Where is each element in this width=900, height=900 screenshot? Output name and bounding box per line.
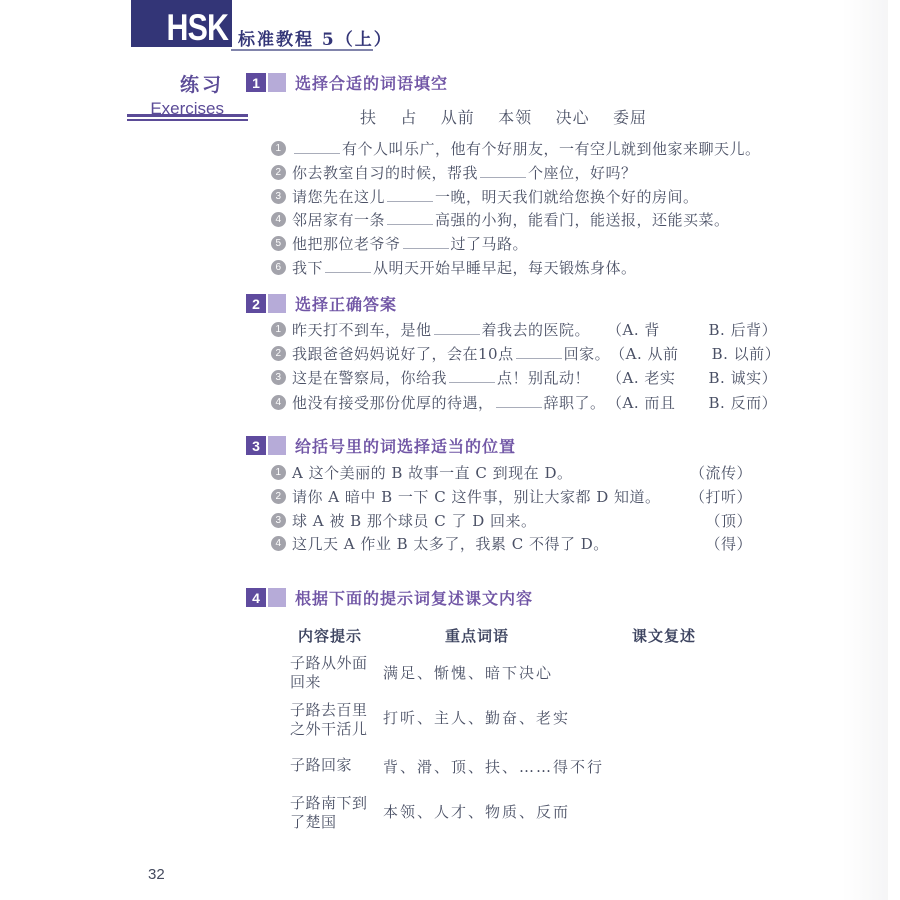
section-4-title: 根据下面的提示词复述课文内容: [295, 586, 533, 609]
section-1-title: 选择合适的词语填空: [295, 71, 448, 94]
section-2-title: 选择正确答案: [295, 292, 397, 315]
option-a: A. 而且: [623, 393, 709, 413]
exercise-item: 3这是在警察局，你给我点！别乱动！（A. 老实B. 诚实）: [271, 368, 752, 392]
exercise-item: 5他把那位老爷爷过了马路。: [271, 234, 760, 258]
exercise-item: 2我跟爸爸妈妈说好了，会在10点回家。（A. 从前B. 以前）: [271, 344, 752, 368]
fill-in-blank: [387, 188, 433, 202]
table-row-hint: 子路南下到了楚国: [290, 794, 390, 832]
section-1-heading: 1 选择合适的词语填空: [246, 73, 448, 92]
section-2-badge-extension: [268, 294, 286, 313]
fill-in-blank: [480, 164, 526, 178]
word-bank-word: 扶: [360, 105, 377, 128]
item-number-circle: 1: [271, 141, 286, 156]
item-answer-word: （流传）: [690, 463, 752, 483]
exercise-item: 6我下从明天开始早睡早起，每天锻炼身体。: [271, 258, 760, 282]
item-text: 我下从明天开始早睡早起，每天锻炼身体。: [292, 258, 637, 278]
section-3-items: 1A 这个美丽的 B 故事一直 C 到现在 D。（流传）2请你 A 暗中 B 一…: [271, 463, 752, 558]
item-text: 请您先在这儿一晚，明天我们就给您换个好的房间。: [292, 187, 699, 207]
option-b: B. 以前: [712, 344, 765, 364]
item-number-circle: 5: [271, 236, 286, 251]
item-text: 你去教室自习的时候，帮我个座位，好吗？: [292, 163, 637, 183]
exercises-double-underline: [127, 114, 248, 121]
fill-in-blank: [325, 259, 371, 273]
item-text: 邻居家有一条高强的小狗，能看门，能送报，还能买菜。: [292, 210, 730, 230]
item-number-circle: 1: [271, 322, 286, 337]
exercise-item: 4他没有接受那份优厚的待遇，辞职了。（A. 而且B. 反而）: [271, 393, 752, 417]
item-text: 这几天 A 作业 B 太多了，我累 C 不得了 D。: [292, 534, 705, 554]
item-number-circle: 6: [271, 260, 286, 275]
item-text: 他没有接受那份优厚的待遇，辞职了。: [292, 393, 607, 413]
exercise-item: 4邻居家有一条高强的小狗，能看门，能送报，还能买菜。: [271, 210, 760, 234]
section-2-heading: 2 选择正确答案: [246, 294, 397, 313]
exercise-item: 2你去教室自习的时候，帮我个座位，好吗？: [271, 163, 760, 187]
exercise-item: 3请您先在这儿一晚，明天我们就给您换个好的房间。: [271, 187, 760, 211]
section-1-number-badge: 1: [246, 73, 266, 92]
table-row-hint: 子路从外面回来: [290, 654, 390, 692]
table-header-hint: 内容提示: [298, 625, 362, 646]
section-3-number-badge: 3: [246, 436, 266, 455]
fill-in-blank: [403, 235, 449, 249]
table-header-retell: 课文复述: [632, 625, 696, 646]
table-row-keywords: 背、滑、顶、扶、……得不行: [383, 756, 604, 777]
option-b: B. 反而: [709, 393, 762, 413]
item-number-circle: 3: [271, 189, 286, 204]
exercise-item: 2请你 A 暗中 B 一下 C 这件事，别让大家都 D 知道。（打听）: [271, 487, 752, 511]
item-options: （A. 背B. 后背）: [607, 320, 777, 340]
table-row-keywords: 本领、人才、物质、反而: [383, 801, 570, 822]
table-header-keywords: 重点词语: [445, 625, 509, 646]
fill-in-blank: [496, 394, 542, 408]
section-4-badge-extension: [268, 588, 286, 607]
fill-in-blank: [449, 369, 495, 383]
fill-in-blank: [516, 345, 562, 359]
table-row-hint: 子路回家: [290, 756, 390, 775]
word-bank: 扶占从前本领决心委屈: [360, 105, 647, 128]
item-options: （A. 从前B. 以前）: [610, 344, 780, 364]
word-bank-word: 占: [400, 105, 417, 128]
item-number-circle: 3: [271, 370, 286, 385]
exercise-item: 1A 这个美丽的 B 故事一直 C 到现在 D。（流传）: [271, 463, 752, 487]
table-row-hint: 子路去百里之外干活儿: [290, 701, 390, 739]
section-1-items: 1有个人叫乐广，他有个好朋友，一有空儿就到他家来聊天儿。2你去教室自习的时候，帮…: [271, 139, 760, 282]
section-4-number-badge: 4: [246, 588, 266, 607]
fill-in-blank: [387, 211, 433, 225]
series-underline: [231, 49, 373, 51]
item-text: 他把那位老爷爷过了马路。: [292, 234, 528, 254]
section-2-items: 1昨天打不到车，是他着我去的医院。（A. 背B. 后背）2我跟爸爸妈妈说好了，会…: [271, 320, 752, 417]
item-text: 这是在警察局，你给我点！别乱动！: [292, 368, 607, 388]
page-number: 32: [148, 866, 165, 883]
exercise-item: 4这几天 A 作业 B 太多了，我累 C 不得了 D。（得）: [271, 534, 752, 558]
item-number-circle: 4: [271, 212, 286, 227]
item-text: A 这个美丽的 B 故事一直 C 到现在 D。: [292, 463, 690, 483]
table-row-keywords: 满足、惭愧、暗下决心: [383, 662, 553, 683]
word-bank-word: 委屈: [613, 105, 647, 128]
item-number-circle: 1: [271, 465, 286, 480]
option-a: A. 从前: [626, 344, 712, 364]
item-number-circle: 2: [271, 346, 286, 361]
item-text: 有个人叫乐广，他有个好朋友，一有空儿就到他家来聊天儿。: [292, 139, 761, 159]
scan-edge-shadow: [842, 0, 888, 900]
item-options: （A. 而且B. 反而）: [607, 393, 777, 413]
table-row-keywords: 打听、主人、勤奋、老实: [383, 707, 570, 728]
item-number-circle: 4: [271, 395, 286, 410]
hsk-logo: HSK: [166, 9, 228, 46]
word-bank-word: 决心: [556, 105, 590, 128]
section-2-number-badge: 2: [246, 294, 266, 313]
exercise-item: 1有个人叫乐广，他有个好朋友，一有空儿就到他家来聊天儿。: [271, 139, 760, 163]
item-text: 我跟爸爸妈妈说好了，会在10点回家。: [292, 344, 610, 364]
item-number-circle: 4: [271, 536, 286, 551]
exercise-item: 3球 A 被 B 那个球员 C 了 D 回来。（顶）: [271, 511, 752, 535]
item-answer-word: （得）: [705, 534, 752, 554]
item-number-circle: 3: [271, 513, 286, 528]
word-bank-word: 本领: [498, 105, 532, 128]
option-b: B. 后背: [709, 320, 762, 340]
item-text: 昨天打不到车，是他着我去的医院。: [292, 320, 607, 340]
option-b: B. 诚实: [709, 368, 762, 388]
fill-in-blank: [434, 321, 480, 335]
item-number-circle: 2: [271, 165, 286, 180]
item-answer-word: （顶）: [705, 511, 752, 531]
item-number-circle: 2: [271, 489, 286, 504]
section-1-badge-extension: [268, 73, 286, 92]
item-text: 球 A 被 B 那个球员 C 了 D 回来。: [292, 511, 705, 531]
section-3-badge-extension: [268, 436, 286, 455]
section-4-heading: 4 根据下面的提示词复述课文内容: [246, 588, 533, 607]
word-bank-word: 从前: [441, 105, 475, 128]
item-text: 请你 A 暗中 B 一下 C 这件事，别让大家都 D 知道。: [292, 487, 690, 507]
option-a: A. 老实: [623, 368, 709, 388]
item-answer-word: （打听）: [690, 487, 752, 507]
option-a: A. 背: [623, 320, 709, 340]
section-3-heading: 3 给括号里的词选择适当的位置: [246, 436, 516, 455]
hsk-banner: HSK: [131, 0, 232, 47]
fill-in-blank: [294, 140, 340, 154]
section-3-title: 给括号里的词选择适当的位置: [295, 434, 516, 457]
exercises-label: 练习 Exercises: [120, 70, 224, 119]
series-title: 标准教程 5（上）: [238, 25, 393, 50]
exercise-item: 1昨天打不到车，是他着我去的医院。（A. 背B. 后背）: [271, 320, 752, 344]
exercises-label-zh: 练习: [120, 70, 224, 97]
item-options: （A. 老实B. 诚实）: [607, 368, 777, 388]
